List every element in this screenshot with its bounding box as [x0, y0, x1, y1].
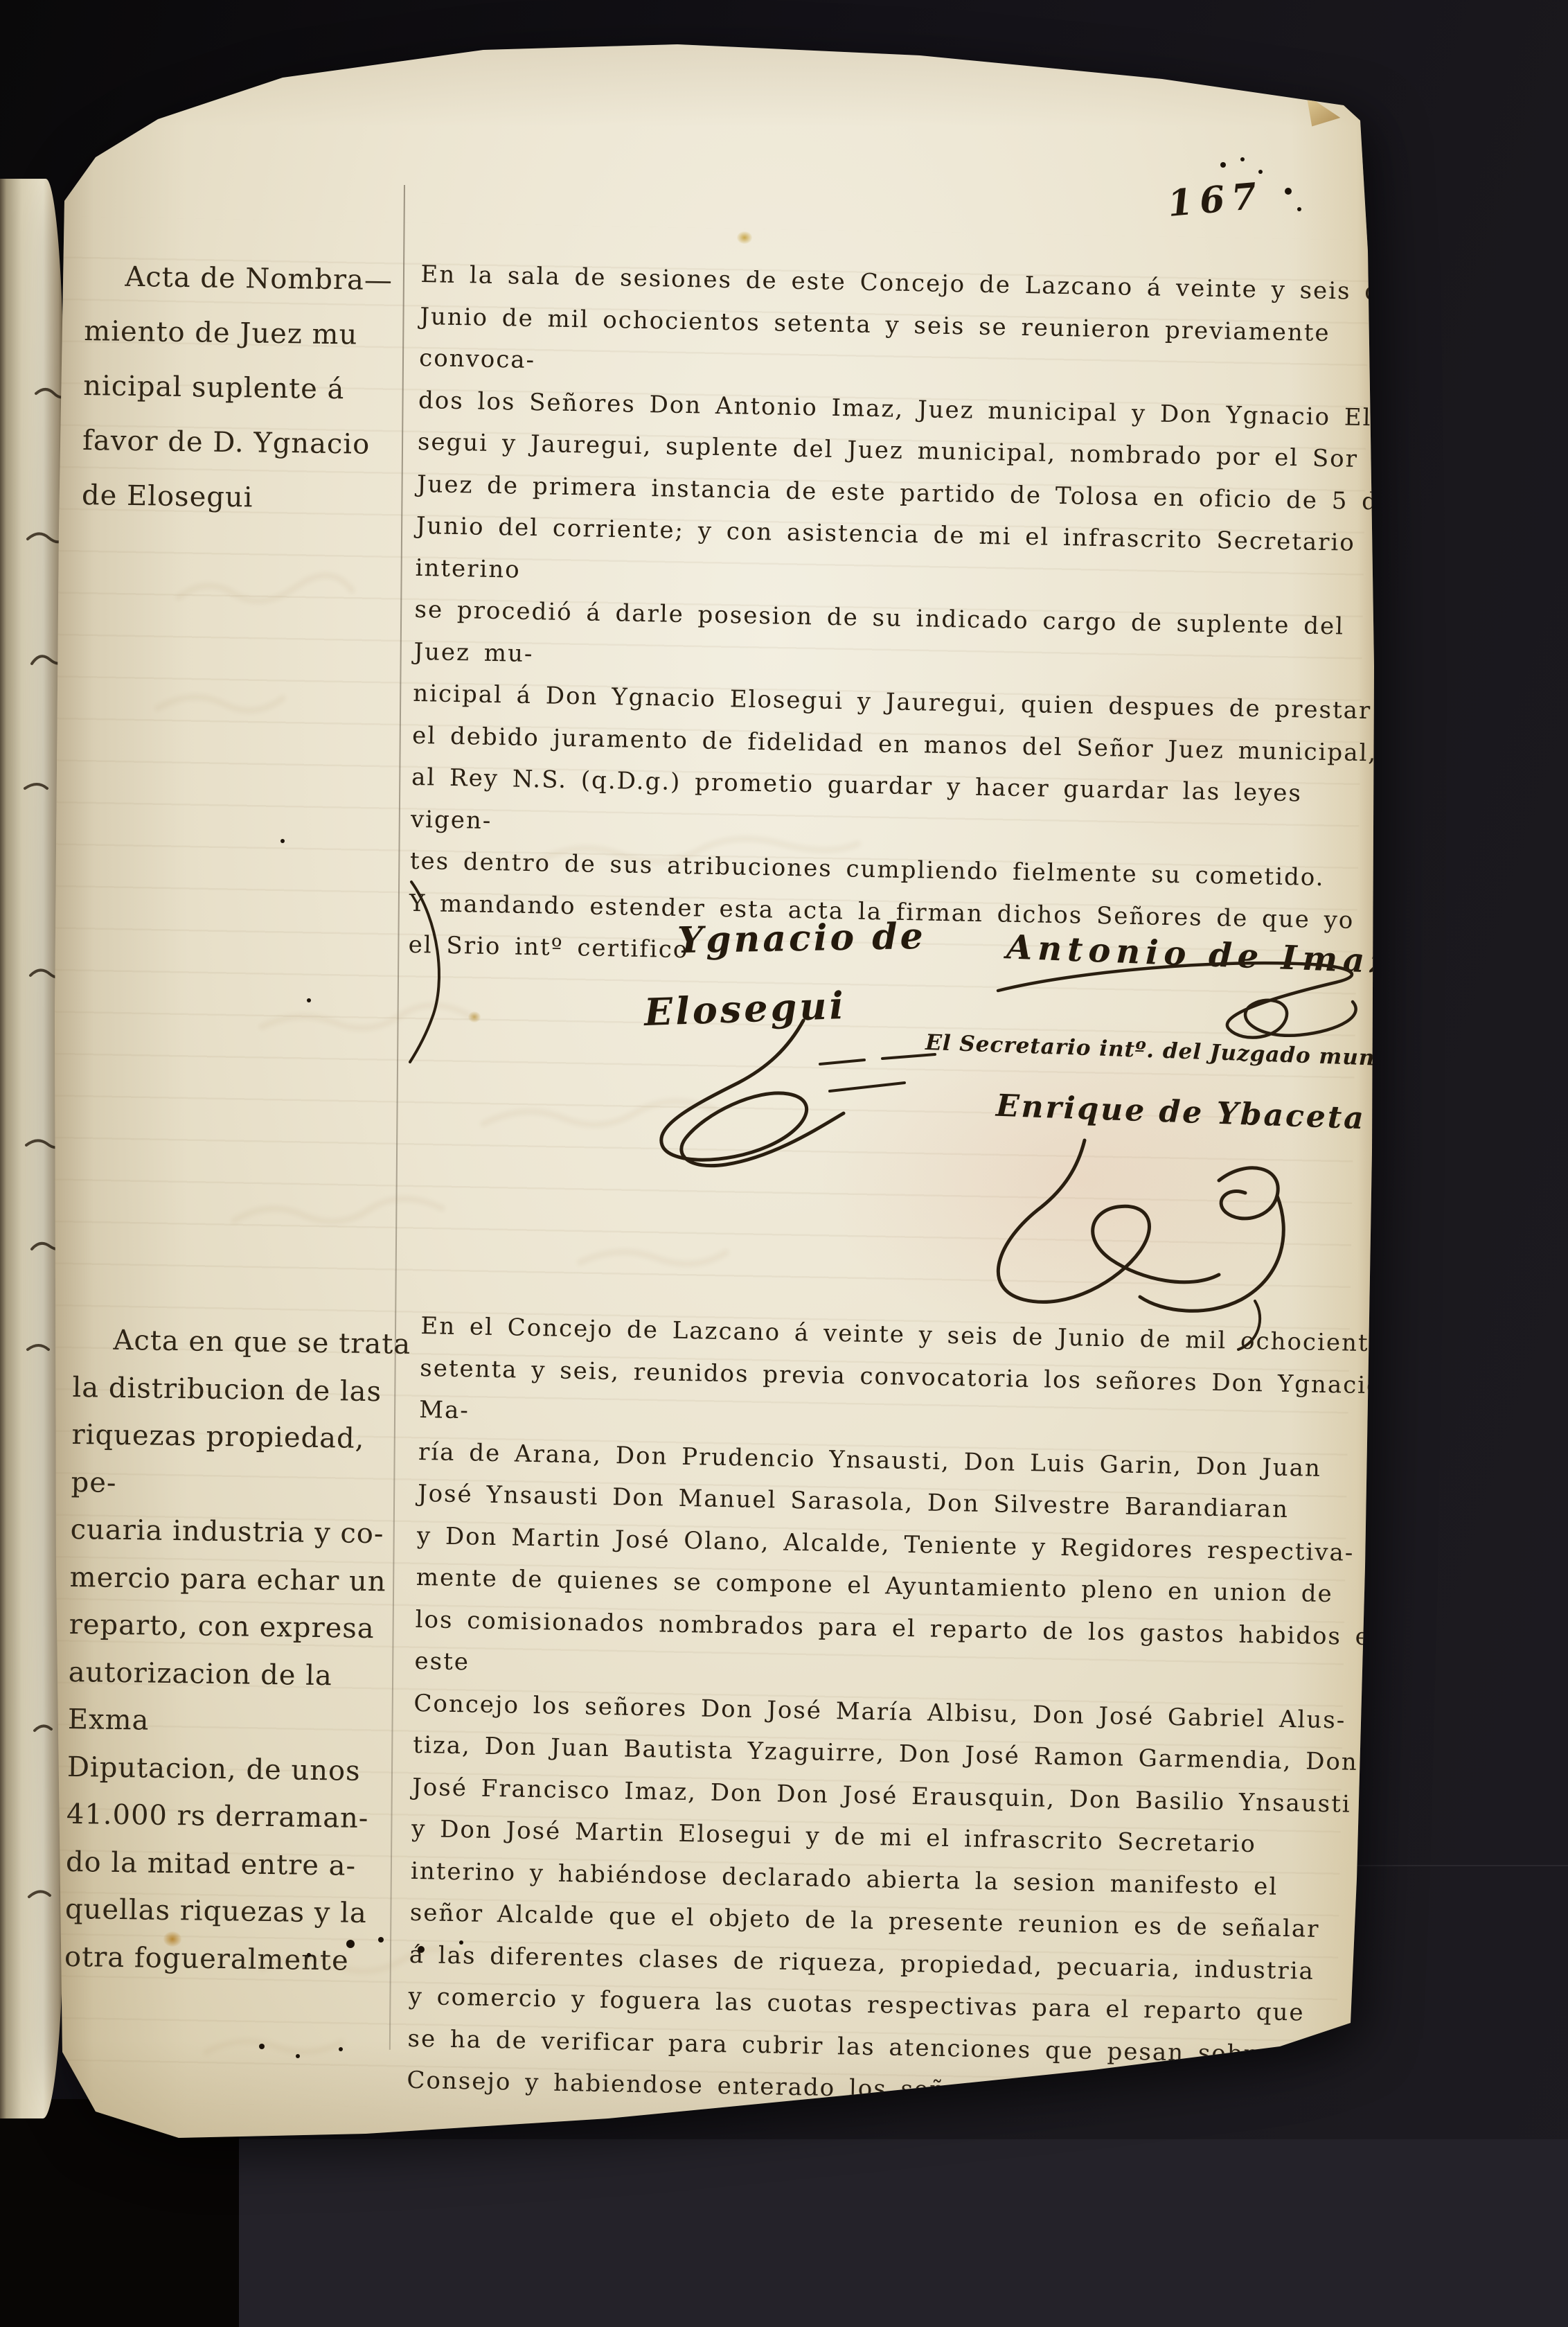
- margin-note-line: Diputacion, de unos: [66, 1743, 407, 1795]
- margin-note-line: riquezas propiedad, pe-: [71, 1411, 411, 1511]
- page-wrapper: 167 Acta de Nombra— miento de Juez mu ni…: [0, 0, 1568, 2327]
- margin-note-line: de Elosegui: [81, 468, 421, 528]
- margin-note-act1: Acta de Nombra— miento de Juez mu nicipa…: [81, 249, 424, 528]
- margin-note-line: mercio para echar un: [69, 1553, 409, 1605]
- yellow-spot: [737, 231, 752, 244]
- text-line: Consejo y habiendose enterado los señore…: [407, 2060, 1391, 2120]
- margin-note-line: favor de D. Ygnacio: [82, 414, 422, 473]
- margin-note-line: autorizacion de la Exma: [67, 1648, 408, 1748]
- margin-note-line: miento de Juez mu: [84, 304, 424, 364]
- margin-note-line: 41.000 rs derraman-: [66, 1791, 406, 1843]
- margin-note-line: Acta de Nombra—: [84, 249, 425, 309]
- manuscript-page: 167 Acta de Nombra— miento de Juez mu ni…: [54, 43, 1384, 2145]
- act1-body-text: En la sala de sesiones de este Concejo d…: [408, 254, 1405, 984]
- signature-ybaceta: Enrique de Ybaceta: [995, 1088, 1366, 1137]
- margin-note-line: do la mitad entre a-: [66, 1838, 406, 1890]
- signature-elosegui-line1: Ygnacio de: [677, 915, 926, 962]
- margin-note-line: nicipal suplente á: [83, 359, 423, 418]
- act2-body-text: En el Concejo de Lazcano á veinte y seis…: [407, 1305, 1405, 2119]
- margin-note-line: otra fogueralmente: [64, 1933, 404, 1985]
- photo-background: 167 Acta de Nombra— miento de Juez mu ni…: [0, 0, 1568, 2327]
- margin-note-line: la distribucion de las: [72, 1363, 412, 1415]
- corner-fold: [1303, 95, 1342, 129]
- margin-note-act2: Acta en que se trata la distribucion de …: [64, 1316, 413, 1985]
- secretary-title: El Secretario intº. del Juzgado municipa…: [925, 1030, 1446, 1073]
- margin-note-line: quellas riquezas y la: [65, 1886, 405, 1938]
- margin-note-line: cuaria industria y co-: [70, 1506, 410, 1558]
- margin-note-line: Acta en que se trata: [73, 1316, 413, 1368]
- elosegui-rubric-flourish: [622, 1016, 913, 1189]
- signature-elosegui-line2: Elosegui: [643, 983, 847, 1034]
- page-number: 167: [1166, 175, 1265, 225]
- separator-dashes: [816, 1046, 941, 1074]
- yellow-spot: [468, 1011, 481, 1023]
- margin-note-line: reparto, con expresa: [69, 1601, 409, 1653]
